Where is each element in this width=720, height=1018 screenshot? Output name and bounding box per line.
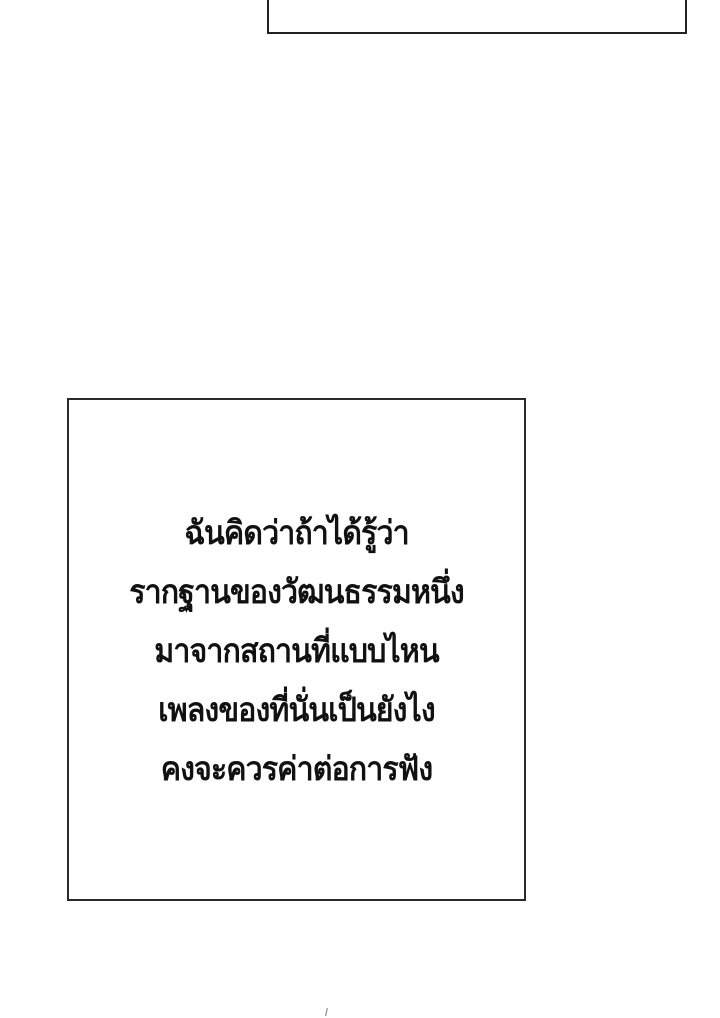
top-panel-frame xyxy=(267,0,687,34)
narration-line-5: คงจะควรค่าต่อการฟัง xyxy=(87,739,506,798)
narration-line-2: รากฐานของวัฒนธรรมหนึ่ง xyxy=(87,562,506,621)
stray-mark xyxy=(325,1008,328,1016)
narration-line-1: ฉันคิดว่าถ้าได้รู้ว่า xyxy=(87,503,506,562)
narration-box: ฉันคิดว่าถ้าได้รู้ว่า รากฐานของวัฒนธรรมห… xyxy=(67,398,526,901)
narration-text: ฉันคิดว่าถ้าได้รู้ว่า รากฐานของวัฒนธรรมห… xyxy=(87,503,506,798)
narration-line-3: มาจากสถานที่แบบไหน xyxy=(87,621,506,680)
narration-line-4: เพลงของที่นั่นเป็นยังไง xyxy=(87,680,506,739)
